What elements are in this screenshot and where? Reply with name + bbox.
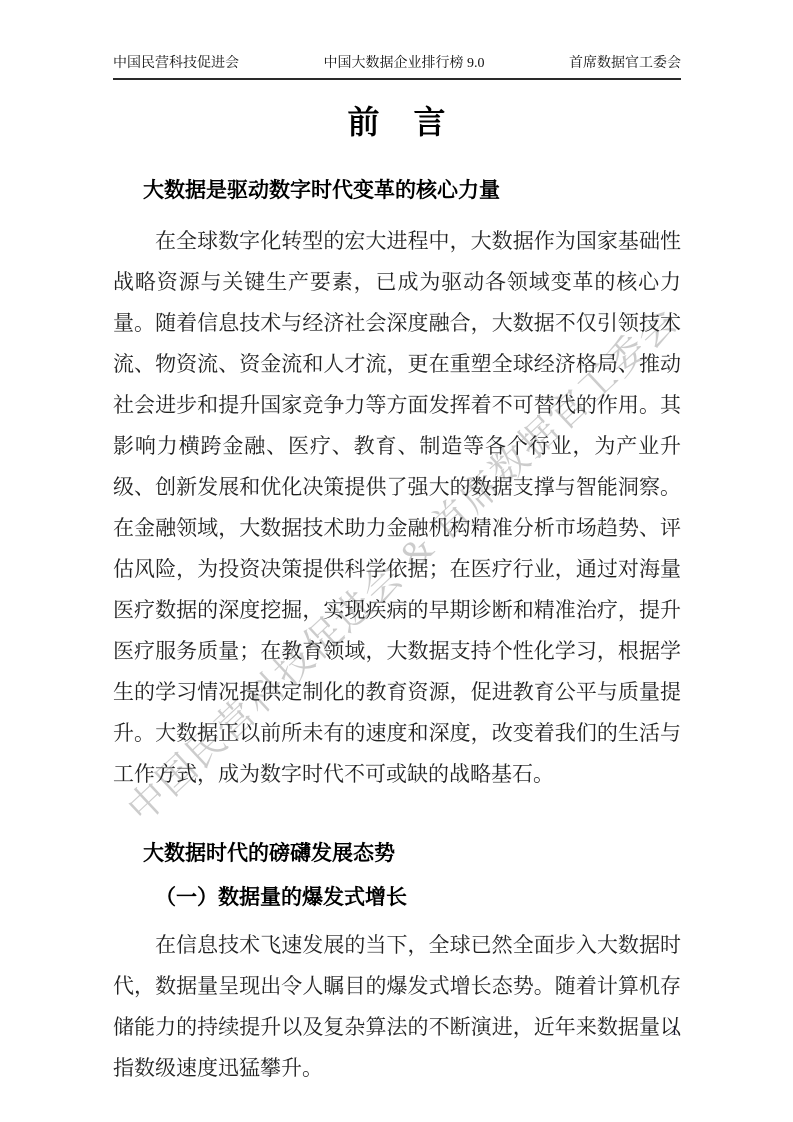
page-content: 中国民营科技促进会 中国大数据企业排行榜 9.0 首席数据官工委会 前 言 大数… — [113, 0, 681, 1089]
paragraph-big-data-core: 在全球数字化转型的宏大进程中，大数据作为国家基础性战略资源与关键生产要素，已成为… — [113, 221, 681, 795]
page-header: 中国民营科技促进会 中国大数据企业排行榜 9.0 首席数据官工委会 — [113, 0, 681, 72]
section-heading-development-trend: 大数据时代的磅礴发展态势 — [113, 840, 681, 868]
document-page: 中国民营科技促进会 & 首席数据官工委会 中国民营科技促进会 中国大数据企业排行… — [0, 0, 793, 1122]
header-center-text: 中国大数据企业排行榜 9.0 — [324, 56, 485, 72]
header-right-text: 首席数据官工委会 — [569, 56, 681, 72]
header-divider — [113, 78, 681, 80]
header-left-text: 中国民营科技促进会 — [113, 56, 239, 72]
section-heading-data-growth: （一）数据量的爆发式增长 — [113, 884, 681, 912]
page-number: 1 — [671, 1022, 679, 1040]
paragraph-data-explosion: 在信息技术飞速发展的当下，全球已然全面步入大数据时代，数据量呈现出令人瞩目的爆发… — [113, 925, 681, 1089]
page-title: 前 言 — [113, 102, 681, 142]
section-heading-core-power: 大数据是驱动数字时代变革的核心力量 — [113, 177, 681, 205]
